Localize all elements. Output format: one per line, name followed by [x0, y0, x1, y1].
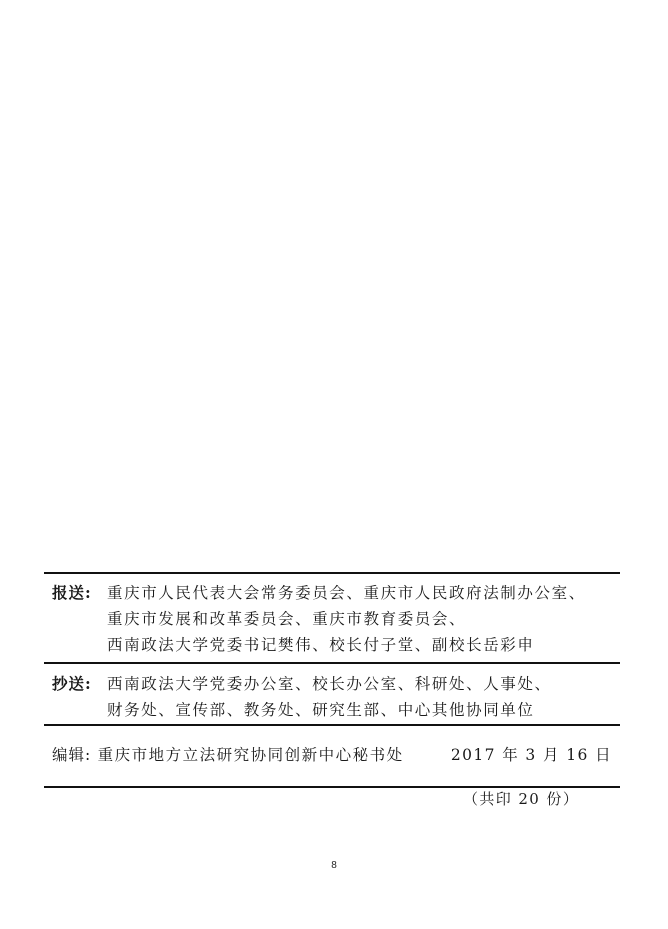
report-to-line-3: 西南政法大学党委书记樊伟、校长付子堂、副校长岳彩申	[107, 632, 586, 658]
issue-date: 2017 年 3 月 16 日	[451, 742, 612, 768]
divider-report-copy	[44, 662, 620, 664]
divider-top	[44, 572, 620, 574]
page-number: 8	[0, 860, 668, 871]
copy-to-recipients: 西南政法大学党委办公室、校长办公室、科研处、人事处、 财务处、宣传部、教务处、研…	[107, 671, 552, 723]
report-to-label: 报送:	[52, 580, 92, 606]
copy-to-line-1: 西南政法大学党委办公室、校长办公室、科研处、人事处、	[107, 671, 552, 697]
divider-copy-editor	[44, 724, 620, 726]
editor-row: 编辑: 重庆市地方立法研究协同创新中心秘书处 2017 年 3 月 16 日	[52, 742, 612, 768]
editor-label: 编辑:	[52, 746, 91, 764]
editor-value: 重庆市地方立法研究协同创新中心秘书处	[98, 746, 404, 764]
report-to-line-1: 重庆市人民代表大会常务委员会、重庆市人民政府法制办公室、	[107, 580, 586, 606]
copies-count: （共印 20 份）	[463, 787, 579, 811]
report-to-recipients: 重庆市人民代表大会常务委员会、重庆市人民政府法制办公室、 重庆市发展和改革委员会…	[107, 580, 586, 658]
copy-to-label: 抄送:	[52, 671, 92, 697]
report-to-line-2: 重庆市发展和改革委员会、重庆市教育委员会、	[107, 606, 586, 632]
copy-to-line-2: 财务处、宣传部、教务处、研究生部、中心其他协同单位	[107, 697, 552, 723]
